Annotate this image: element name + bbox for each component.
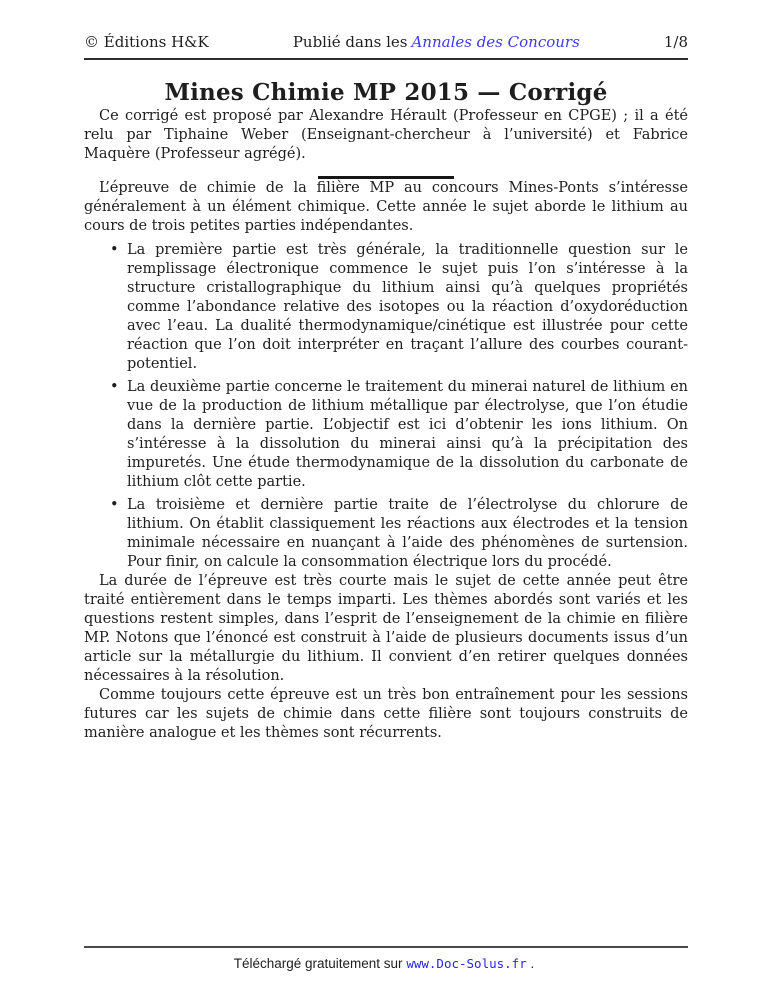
closing-paragraph: Comme toujours cette épreuve est un très… — [84, 686, 688, 743]
page-number: 1/8 — [664, 33, 688, 51]
header-copyright: © Éditions H&K — [84, 33, 209, 51]
footer-download-prefix: Téléchargé gratuitement sur — [234, 956, 403, 971]
footer-site-link[interactable]: www.Doc-Solus.fr — [406, 956, 526, 971]
bullet-item-part-3: • La troisième et dernière partie traite… — [84, 496, 688, 572]
bullet-text: La troisième et dernière partie traite d… — [127, 497, 688, 570]
bullet-icon: • — [110, 496, 119, 515]
footer-rule — [84, 946, 688, 948]
page-title: Mines Chimie MP 2015 — Corrigé — [84, 79, 688, 107]
bullet-item-part-1: • La première partie est très générale, … — [84, 241, 688, 374]
overview-paragraph: L’épreuve de chimie de la filière MP au … — [84, 179, 688, 236]
bullet-icon: • — [110, 241, 119, 260]
footer-suffix: . — [531, 956, 535, 971]
intro-paragraph: Ce corrigé est proposé par Alexandre Hér… — [84, 107, 688, 164]
header-published-prefix: Publié dans les — [293, 33, 408, 51]
page-content: © Éditions H&K Publié dans lesAnnales de… — [84, 0, 688, 743]
duration-paragraph: La durée de l’épreuve est très courte ma… — [84, 572, 688, 686]
bullet-text: La deuxième partie concerne le traitemen… — [127, 379, 688, 490]
page-header: © Éditions H&K Publié dans lesAnnales de… — [84, 33, 688, 60]
journal-link[interactable]: Annales des Concours — [411, 33, 579, 51]
header-published: Publié dans lesAnnales des Concours — [293, 33, 580, 51]
bullet-icon: • — [110, 378, 119, 397]
page-footer: Téléchargé gratuitement sur www.Doc-Solu… — [0, 956, 768, 971]
bullet-item-part-2: • La deuxième partie concerne le traitem… — [84, 378, 688, 492]
bullet-text: La première partie est très générale, la… — [127, 242, 688, 372]
parts-bullet-list: • La première partie est très générale, … — [84, 241, 688, 572]
